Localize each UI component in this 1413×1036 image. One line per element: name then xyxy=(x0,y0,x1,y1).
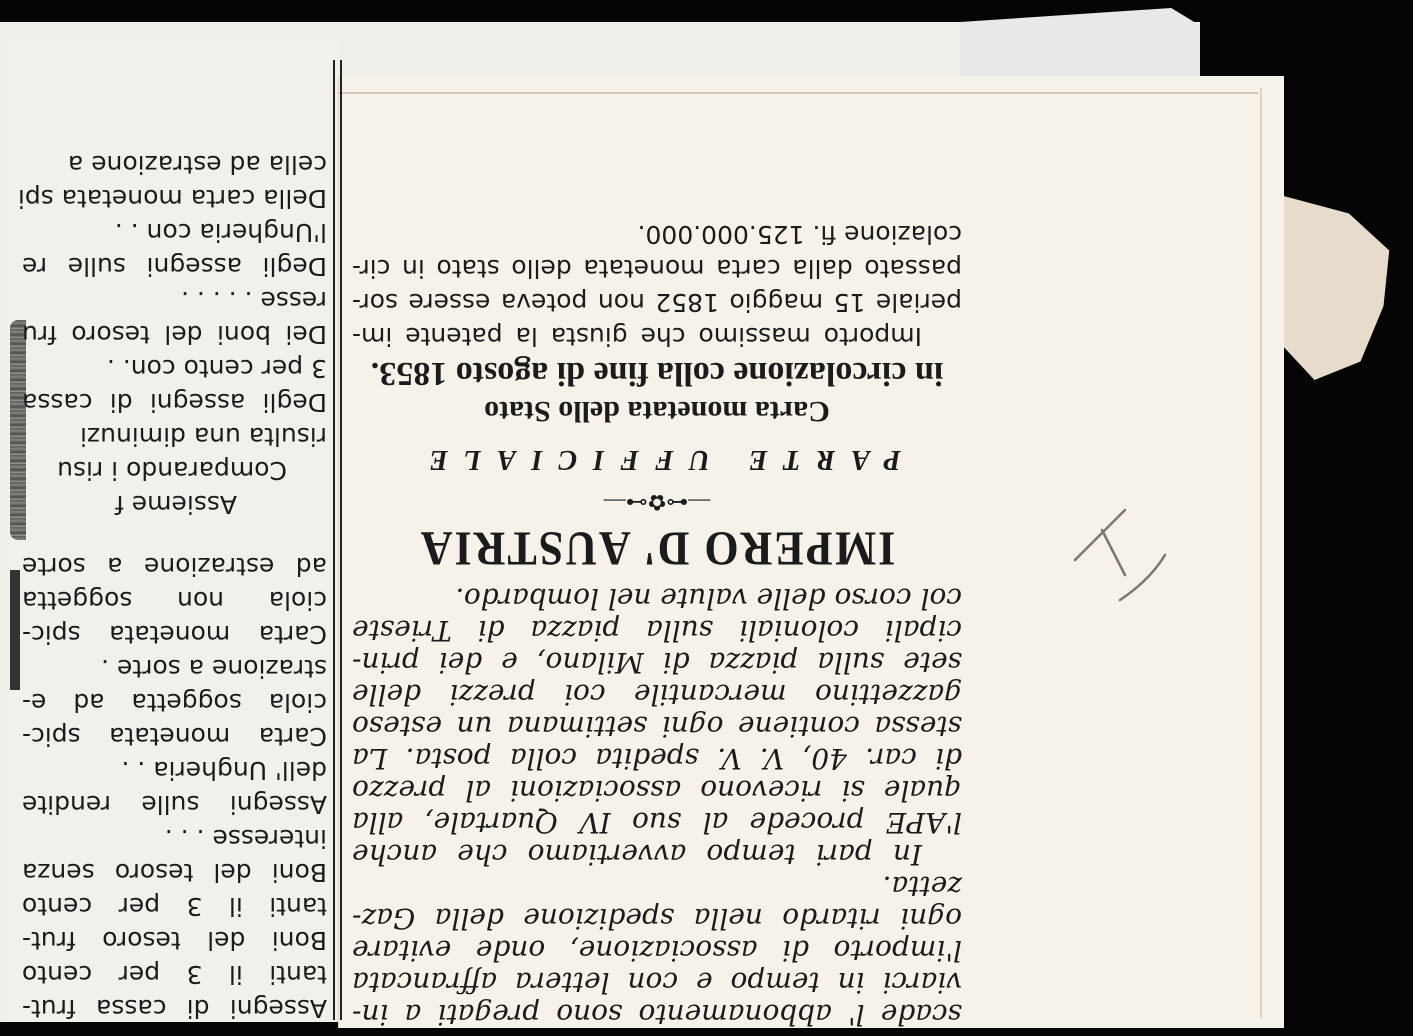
table-line: Assegni di cassa frut- xyxy=(22,991,327,1025)
table-line: ad estrazione a sorte xyxy=(22,549,327,583)
table-line: interesse . . . xyxy=(22,821,327,855)
paper-edge-line xyxy=(1260,88,1262,1018)
notice-line: col corso delle valute nel lombardo. xyxy=(352,582,962,614)
table-line: 3 per cento con. . xyxy=(22,351,327,385)
table-line: Comparando i risu xyxy=(22,453,327,487)
heading-impero-austria: IMPERO D' AUSTRIA xyxy=(352,520,962,576)
table-line: cella ad estrazione a xyxy=(22,147,327,181)
notice-line: l'APE procede al suo IV Quartale, alla xyxy=(352,806,962,838)
notice-line: di car. 40, V. V. spedita colla posta. L… xyxy=(352,742,962,774)
notice-line: l'importo di associazione, onde evitare xyxy=(352,934,962,966)
article-line: colazione fi. 125.000.000. xyxy=(352,217,962,251)
table-line: Boni del tesoro frut- xyxy=(22,923,327,957)
spacer xyxy=(22,521,327,549)
notice-line: stessa contiene ogni settimana un esteso xyxy=(352,710,962,742)
right-column: scade l' abbonamento sono pregati a in- … xyxy=(352,50,962,1030)
table-line: Degli assegni di cassa xyxy=(22,385,327,419)
table-line: Dei boni del tesoro fru xyxy=(22,317,327,351)
table-line: Assieme f xyxy=(22,487,327,521)
table-line: Degli assegni sulle re xyxy=(22,249,327,283)
ornament-divider: —⊷✿⊶— xyxy=(352,489,962,515)
notice-line: scade l' abbonamento sono pregati a in- xyxy=(352,998,962,1030)
notice-line: gazzettino mercantile coi prezzi delle xyxy=(352,678,962,710)
table-line: ciola non soggetta xyxy=(22,583,327,617)
article-subtitle: in circolazione colla fine di agosto 185… xyxy=(352,353,962,393)
heading-parte-ufficiale: PARTE UFFICIALE xyxy=(352,443,962,475)
left-column: Assegni di cassa frut- tanti il 3 per ce… xyxy=(22,40,327,1025)
folded-corner xyxy=(960,8,1200,78)
table-line: tanti il 3 per cento xyxy=(22,957,327,991)
table-line: Della carta monetata spi xyxy=(22,181,327,215)
table-line: strazione a sorte . xyxy=(22,651,327,685)
notice-line: In pari tempo avvertiamo che anche xyxy=(352,838,962,870)
column-rule xyxy=(333,60,335,1020)
article-line: Importo massimo che giusta la patente im… xyxy=(352,319,962,353)
article-title: Carta monetata dello Stato xyxy=(352,393,962,429)
notice-line: quale si ricevono associazioni al prezzo xyxy=(352,774,962,806)
engraving-fragment xyxy=(10,570,20,690)
table-line: l'Ungheria con . . xyxy=(22,215,327,249)
table-line: risulta una diminuzi xyxy=(22,419,327,453)
table-line: tanti il 3 per cento xyxy=(22,889,327,923)
torn-paper-flap xyxy=(1280,195,1395,380)
table-line: resse . . . . . xyxy=(22,283,327,317)
article-line: periale 15 maggio 1852 non poteva essere… xyxy=(352,285,962,319)
notice-line: viarci in tempo e con lettera affrancata xyxy=(352,966,962,998)
column-rule xyxy=(340,60,342,1020)
table-line: ciola soggetta ad e- xyxy=(22,685,327,719)
table-line: dell' Ungheria . . xyxy=(22,753,327,787)
pencil-mark-icon xyxy=(1070,500,1200,620)
table-line: Assegni sulle rendite xyxy=(22,787,327,821)
notice-line: ogni ritardo nella spedizione della Gaz- xyxy=(352,902,962,934)
notice-line: cipali coloniali sulla piazza di Trieste xyxy=(352,614,962,646)
table-line: Carta monetata spic- xyxy=(22,617,327,651)
table-line: Carta monetata spic- xyxy=(22,719,327,753)
article-line: passato dalla carta monetata dello stato… xyxy=(352,251,962,285)
notice-line: sete sulla piazza di Milano, e dei prin- xyxy=(352,646,962,678)
notice-line: zetta. xyxy=(352,870,962,902)
table-line: Boni del tesoro senza xyxy=(22,855,327,889)
